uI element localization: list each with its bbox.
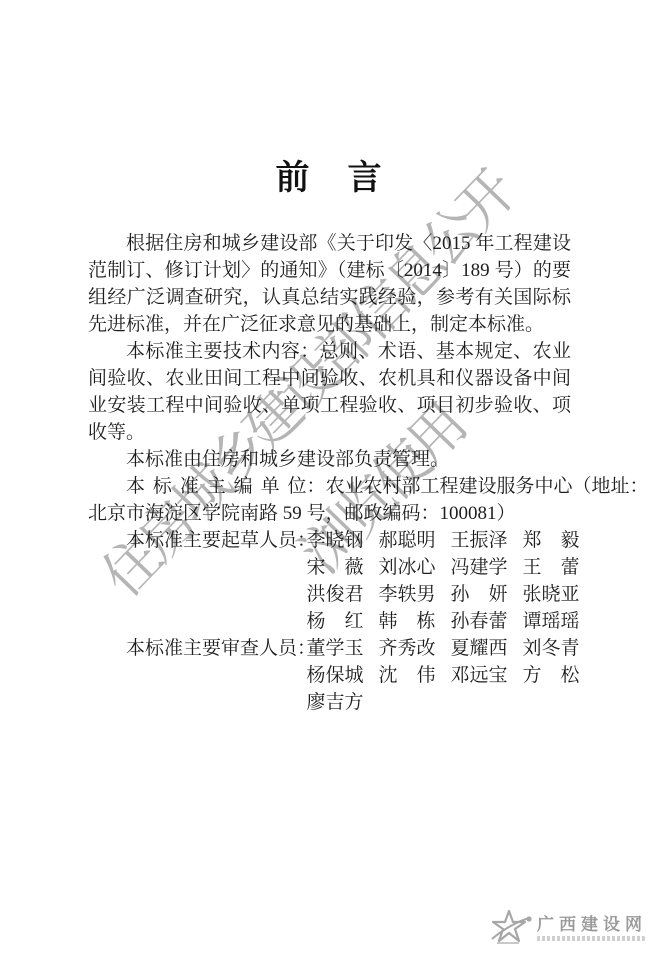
roster-row: 宋 薇刘冰心冯建学王 蕾 xyxy=(88,554,571,581)
person-name: 孙 妍 xyxy=(451,581,508,608)
logo-tagline-bar xyxy=(537,936,645,941)
roster-row: 杨 红韩 栋孙春蕾谭瑶瑶 xyxy=(88,608,571,635)
person-name: 宋 薇 xyxy=(307,554,364,581)
person-name: 李晓钢 xyxy=(307,527,364,554)
text-line: 根据住房和城乡建设部《关于印发〈2015 年工程建设标准规 xyxy=(88,230,571,257)
chief-editor-label: 本标准主编单位 xyxy=(126,473,307,500)
logo-site-name: 广西建设网 xyxy=(537,915,647,934)
roster-label: 本标准主要审查人员： xyxy=(126,635,307,662)
person-name: 齐秀改 xyxy=(379,635,436,662)
person-name: 李轶男 xyxy=(379,581,436,608)
roster-row: 杨保城沈 伟邓远宝方 松 xyxy=(88,662,571,689)
intro-paragraphs: 根据住房和城乡建设部《关于印发〈2015 年工程建设标准规范制订、修订计划〉的通… xyxy=(88,230,571,473)
page-title: 前 言 xyxy=(88,160,571,198)
page-content: 前 言 根据住房和城乡建设部《关于印发〈2015 年工程建设标准规范制订、修订计… xyxy=(0,0,661,716)
person-name: 方 松 xyxy=(523,662,580,689)
person-name: 王 蕾 xyxy=(523,554,580,581)
roster-row: 洪俊君李轶男孙 妍张晓亚 xyxy=(88,581,571,608)
person-name: 洪俊君 xyxy=(307,581,364,608)
person-name: 张晓亚 xyxy=(523,581,580,608)
person-name: 刘冰心 xyxy=(379,554,436,581)
chief-editor-unit-text: ：农业农村部工程建设服务中心（地址： xyxy=(307,476,649,497)
person-name: 沈 伟 xyxy=(379,662,436,689)
roster-row: 本标准主要审查人员：董学玉齐秀改夏耀西刘冬青 xyxy=(88,635,571,662)
person-name: 杨保城 xyxy=(307,662,364,689)
text-line: 本标准主要技术内容：总则、术语、基本规定、农业建筑工程中 xyxy=(88,338,571,365)
person-name: 杨 红 xyxy=(307,608,364,635)
chief-editor-line-2: 北京市海淀区学院南路 59 号，邮政编码：100081） xyxy=(88,500,571,527)
text-line: 业安装工程中间验收、单项工程验收、项目初步验收、项目竣工验 xyxy=(88,392,571,419)
roster-row: 本标准主要起草人员：李晓钢郝聪明王振泽郑 毅 xyxy=(88,527,571,554)
person-name: 廖吉方 xyxy=(307,689,364,716)
person-name: 董学玉 xyxy=(307,635,364,662)
text-line: 本标准由住房和城乡建设部负责管理。 xyxy=(88,446,571,473)
text-line: 范制订、修订计划〉的通知》（建标〔2014〕189 号）的要求，标准编制 xyxy=(88,257,571,284)
roster-label: 本标准主要起草人员： xyxy=(126,527,307,554)
person-name: 郑 毅 xyxy=(523,527,580,554)
document-page: 住房城乡建设部信息公开 浏览使用 前 言 根据住房和城乡建设部《关于印发〈201… xyxy=(0,0,661,959)
person-name: 王振泽 xyxy=(451,527,508,554)
chief-editor-line-1: 本标准主编单位：农业农村部工程建设服务中心（地址： xyxy=(88,473,571,500)
text-line: 组经广泛调查研究，认真总结实践经验，参考有关国际标准和国外 xyxy=(88,284,571,311)
site-logo: 广西建设网 xyxy=(489,909,647,947)
person-name: 冯建学 xyxy=(451,554,508,581)
person-name: 孙春蕾 xyxy=(451,608,508,635)
person-name: 郝聪明 xyxy=(379,527,436,554)
person-name: 夏耀西 xyxy=(451,635,508,662)
text-line: 先进标准，并在广泛征求意见的基础上，制定本标准。 xyxy=(88,311,571,338)
text-line: 间验收、农业田间工程中间验收、农机具和仪器设备中间验收、农 xyxy=(88,365,571,392)
logo-text-block: 广西建设网 xyxy=(537,915,647,941)
person-name: 谭瑶瑶 xyxy=(523,608,580,635)
person-name: 刘冬青 xyxy=(523,635,580,662)
roster-row: 廖吉方 xyxy=(88,689,571,716)
person-name: 邓远宝 xyxy=(451,662,508,689)
roster-section: 本标准主要起草人员：李晓钢郝聪明王振泽郑 毅宋 薇刘冰心冯建学王 蕾洪俊君李轶男… xyxy=(88,527,571,716)
star-swoosh-icon xyxy=(489,909,533,947)
text-line: 收等。 xyxy=(88,419,571,446)
person-name: 韩 栋 xyxy=(379,608,436,635)
